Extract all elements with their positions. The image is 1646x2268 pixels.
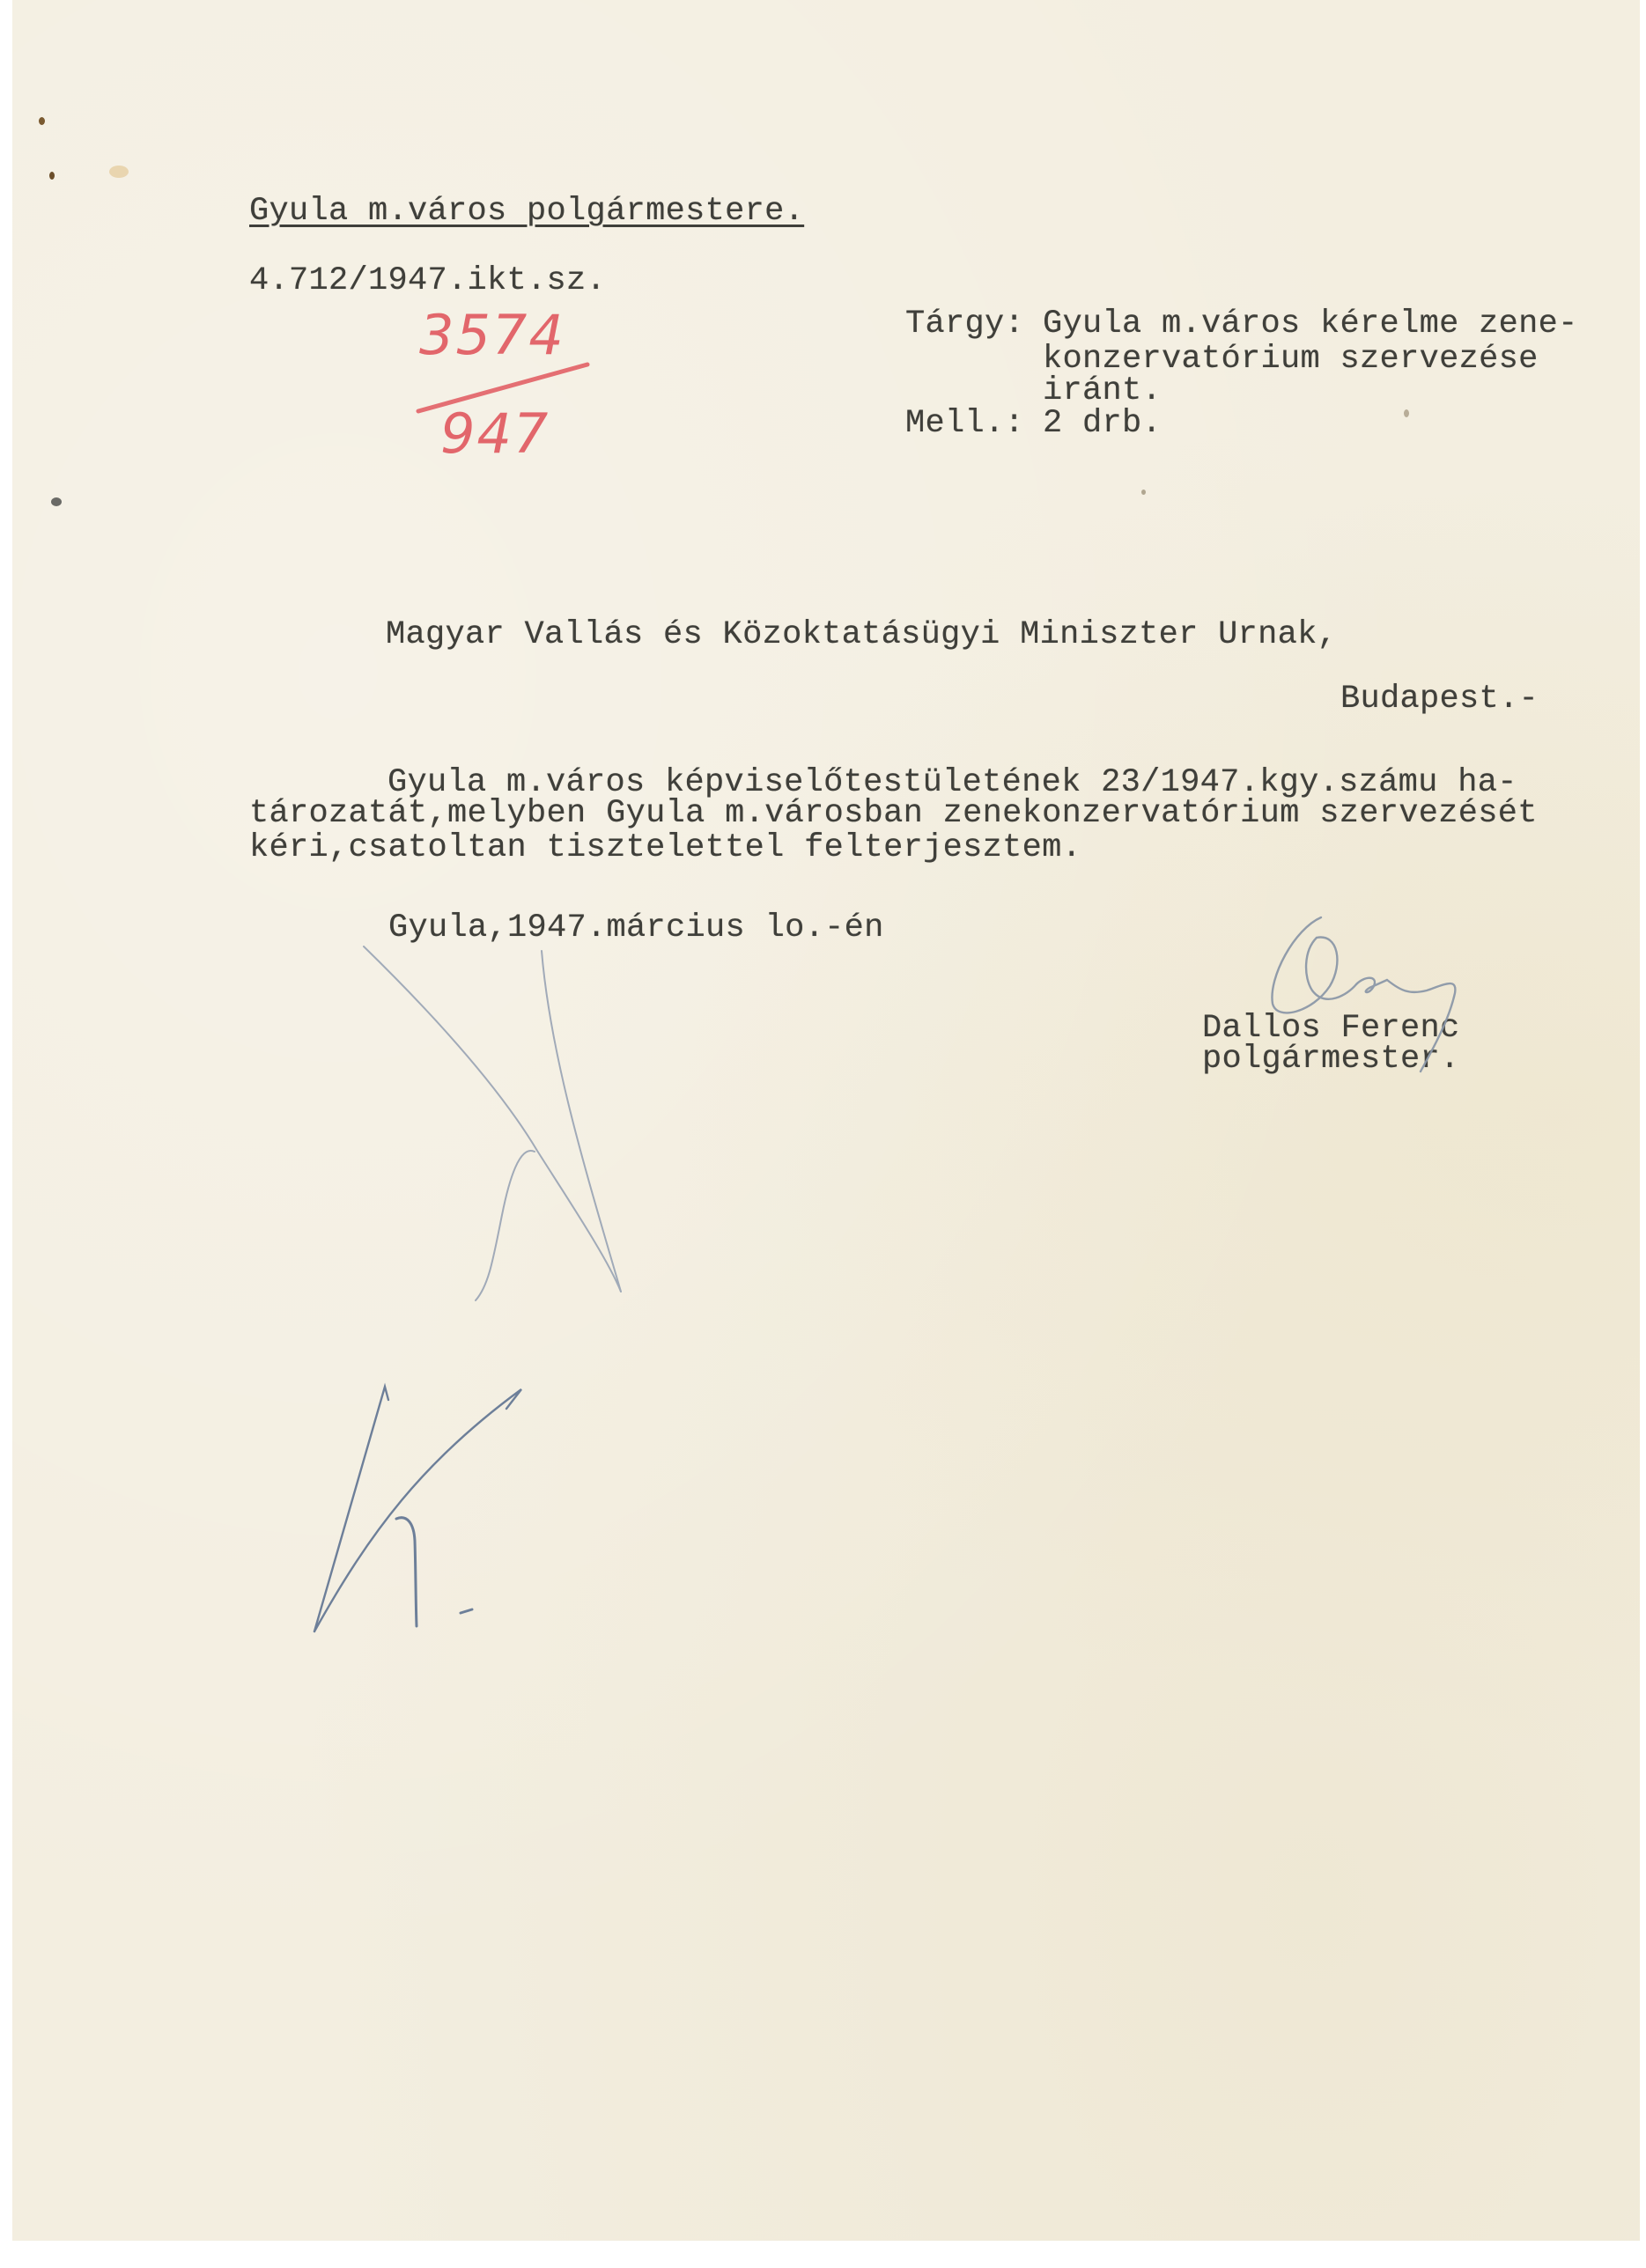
attachments-label: Mell.: [905, 408, 1024, 440]
paper-speck [1404, 409, 1409, 417]
attachments-value: 2 drb. [1043, 408, 1162, 440]
subject-label: Tárgy: [905, 308, 1024, 341]
paper-speck [1141, 490, 1146, 495]
reference-number: 4.712/1947.ikt.sz. [249, 265, 606, 298]
foxing-spot [109, 166, 129, 178]
registry-year: 947 [440, 407, 550, 461]
subject-line-1: Gyula m.város kérelme zene- [1043, 308, 1578, 341]
signatory-title: polgármester. [1202, 1043, 1460, 1076]
subject-line-3: iránt. [1043, 375, 1162, 408]
foxing-spot [49, 172, 55, 180]
foxing-spot [39, 117, 45, 125]
addressee-city: Budapest.- [1340, 683, 1539, 716]
subject-line-2: konzervatórium szervezése [1043, 343, 1539, 376]
ink-dot [51, 497, 62, 506]
registry-number: 3574 [419, 308, 565, 363]
date-line: Gyula,1947.március lo.-én [388, 912, 884, 945]
body-line-2: tározatát,melyben Gyula m.városban zenek… [249, 798, 1538, 830]
addressee-name: Magyar Vallás és Közoktatásügyi Miniszte… [386, 619, 1337, 652]
sender-heading: Gyula m.város polgármestere. [249, 195, 804, 228]
body-line-3: kéri,csatoltan tisztelettel felterjeszte… [249, 832, 1081, 865]
